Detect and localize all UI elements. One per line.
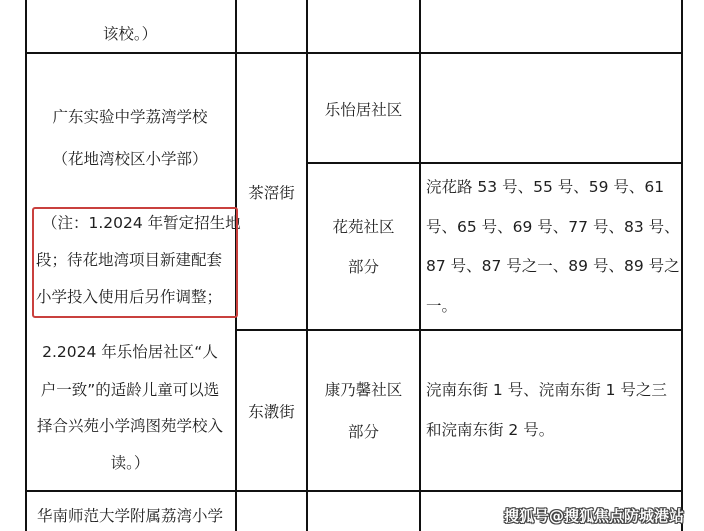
community-kangnaixin-line-2: 部分	[306, 422, 421, 442]
school-cell-text: 该校。）	[25, 24, 235, 44]
community-leyiju: 乐怡居社区	[306, 100, 421, 120]
note-line-4: 2.2024 年乐怡居社区“人	[25, 342, 235, 362]
note-line-6: 择合兴苑小学鸿图苑学校入	[25, 416, 235, 436]
table-row-divider-community	[306, 162, 683, 164]
table-border-left	[25, 0, 27, 531]
highlight-annotation-box	[32, 207, 238, 318]
school-name-line-1: 广东实验中学荔湾学校	[25, 107, 235, 127]
address-huayuan-line-1: 浣花路 53 号、55 号、59 号、61	[426, 177, 664, 197]
address-kangnaixin-line-2: 和浣南东街 2 号。	[426, 420, 554, 440]
table-row-divider-3	[25, 490, 683, 492]
street-chajiao: 茶滘街	[235, 183, 308, 203]
table-row-divider-street	[235, 329, 683, 331]
address-huayuan-line-4: 一。	[426, 296, 457, 316]
note-line-5: 户一致”的适龄儿童可以选	[25, 380, 235, 400]
community-kangnaixin-line-1: 康乃馨社区	[306, 380, 421, 400]
table-border-right	[681, 0, 683, 531]
school-next: 华南师范大学附属荔湾小学	[25, 506, 235, 526]
address-kangnaixin-line-1: 浣南东街 1 号、浣南东街 1 号之三	[426, 380, 667, 400]
community-huayuan-line-2: 部分	[306, 257, 421, 277]
document-page: 该校。） 广东实验中学荔湾学校 （花地湾校区小学部） （注：1.2024 年暂定…	[0, 0, 704, 531]
table-row-divider-1	[25, 52, 683, 54]
street-dongjiao: 东漖街	[235, 402, 308, 422]
community-huayuan-line-1: 花苑社区	[306, 217, 421, 237]
address-huayuan-line-3: 87 号、87 号之一、89 号、89 号之	[426, 256, 680, 276]
note-line-7: 读。）	[25, 453, 235, 473]
address-huayuan-line-2: 号、65 号、69 号、77 号、83 号、	[426, 217, 680, 237]
watermark: 搜狐号@搜狐焦点防城港站	[504, 505, 684, 526]
school-name-line-2: （花地湾校区小学部）	[25, 149, 235, 169]
